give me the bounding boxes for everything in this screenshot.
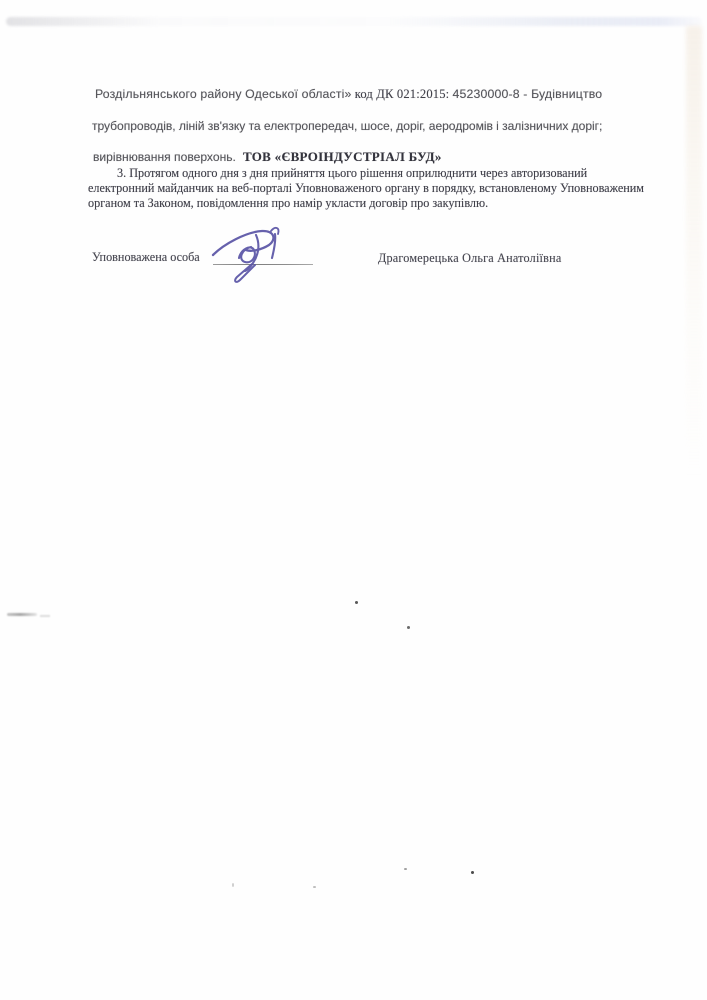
scan-speck <box>471 871 474 874</box>
scan-speck <box>313 886 316 888</box>
scan-smudge-left-edge <box>7 613 37 616</box>
company-name: ТОВ «ЄВРОІНДУСТРІАЛ БУД» <box>243 149 442 164</box>
scanned-document-page: Роздільнянського району Одеської області… <box>0 0 707 1000</box>
scan-speck <box>355 601 358 604</box>
handwritten-signature <box>208 222 318 288</box>
subject-line-1-region: Роздільнянського району Одеської області… <box>95 87 351 101</box>
subject-line-3-text: вирівнювання поверхонь. <box>93 150 236 164</box>
subject-line-1-cpv-code: 45230000-8 - Будівництво <box>453 87 603 101</box>
clause-3-line-3: органом та Законом, повідомлення про нам… <box>88 196 630 211</box>
scan-speck <box>407 626 410 629</box>
subject-line-1: Роздільнянського району Одеської області… <box>95 87 602 102</box>
scan-shadow-right-edge <box>686 26 702 476</box>
signature-role-label: Уповноважена особа <box>92 250 200 265</box>
signatory-name: Драгомерецька Ольга Анатоліївна <box>378 251 561 266</box>
subject-line-2: трубопроводів, ліній зв'язку та електроп… <box>92 119 602 133</box>
clause-3-line-1: 3. Протягом одного дня з дня прийняття ц… <box>88 166 630 181</box>
scan-smudge-left-edge-tail <box>40 615 50 617</box>
subject-line-3: вирівнювання поверхонь. ТОВ «ЄВРОІНДУСТР… <box>93 149 442 165</box>
subject-line-1-dk-code: код ДК 021:2015: <box>355 87 450 101</box>
scan-speck <box>232 883 234 887</box>
scan-shadow-top <box>6 17 702 26</box>
scan-speck <box>404 868 407 870</box>
clause-3-line-2: електронний майданчик на веб-порталі Упо… <box>88 181 630 196</box>
clause-3-paragraph: 3. Протягом одного дня з дня прийняття ц… <box>88 166 630 211</box>
